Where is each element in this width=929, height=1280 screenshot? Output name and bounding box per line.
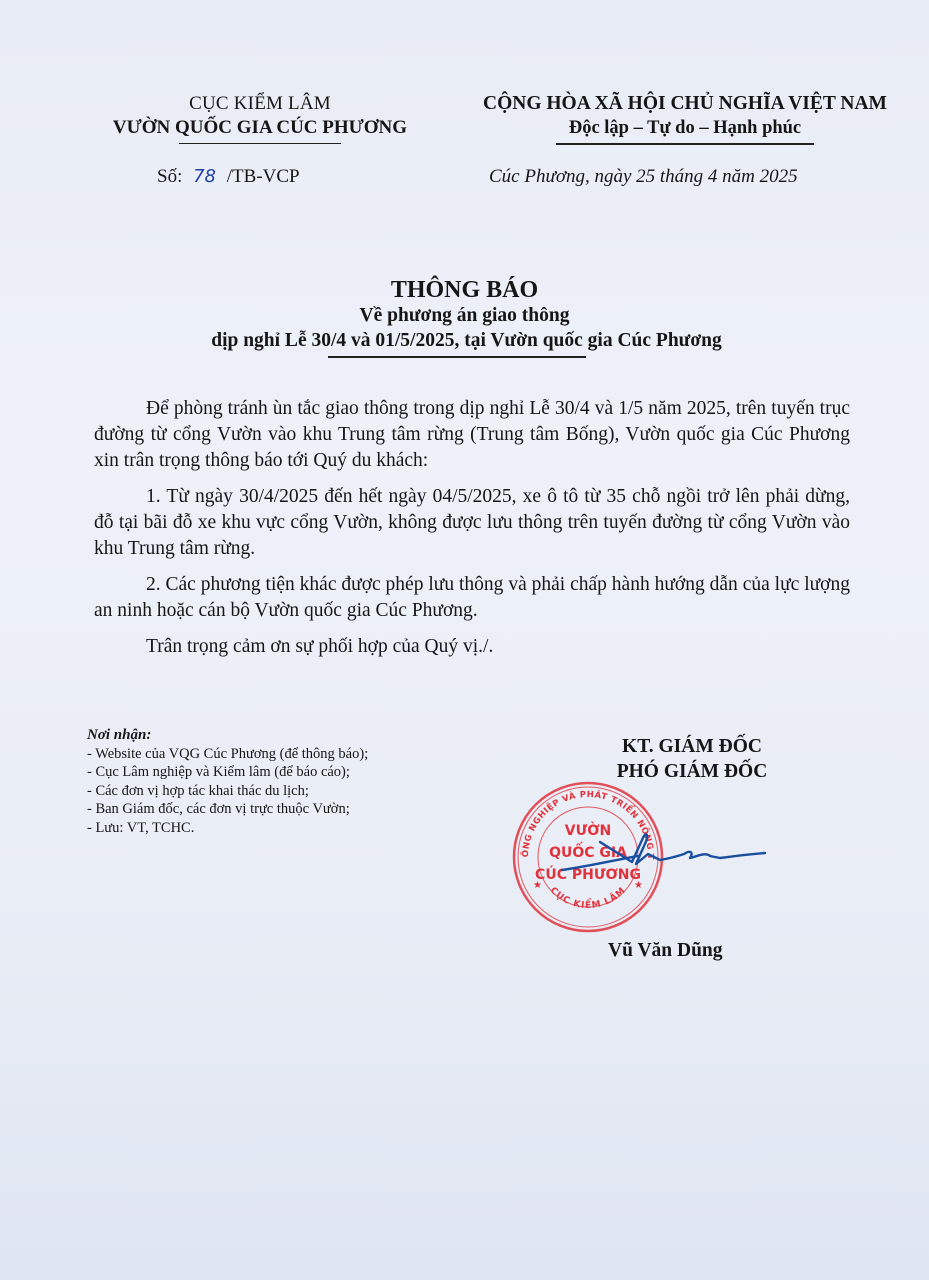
body-paragraph-closing: Trân trọng cảm ơn sự phối hợp của Quý vị…: [94, 634, 850, 660]
recipient-item: - Cục Lâm nghiệp và Kiểm lâm (để báo cáo…: [87, 763, 368, 782]
doc-number-label: Số:: [157, 166, 182, 187]
notice-subject-line2: dịp nghỉ Lễ 30/4 và 01/5/2025, tại Vườn …: [0, 328, 929, 354]
notice-title-block: THÔNG BÁO Về phương án giao thông dịp ng…: [0, 276, 929, 358]
signature-block: KT. GIÁM ĐỐC PHÓ GIÁM ĐỐC: [540, 734, 810, 784]
body-paragraph-item-2: 2. Các phương tiện khác được phép lưu th…: [94, 572, 850, 624]
doc-number-suffix: /TB-VCP: [227, 166, 300, 187]
handwritten-signature: [560, 820, 770, 890]
recipient-item: - Website của VQG Cúc Phương (để thông b…: [87, 745, 368, 764]
signer-name: Vũ Văn Dũng: [608, 940, 723, 962]
document-page: CỤC KIỂM LÂM VƯỜN QUỐC GIA CÚC PHƯƠNG Số…: [0, 0, 929, 1280]
issuing-agency-block: CỤC KIỂM LÂM VƯỜN QUỐC GIA CÚC PHƯƠNG: [60, 92, 460, 144]
recipient-item: - Các đơn vị hợp tác khai thác du lịch;: [87, 782, 368, 801]
notice-subject-line1: Về phương án giao thông: [0, 304, 929, 328]
recipient-item: - Ban Giám đốc, các đơn vị trực thuộc Vư…: [87, 800, 368, 819]
body-paragraph-item-1: 1. Từ ngày 30/4/2025 đến hết ngày 04/5/2…: [94, 484, 850, 562]
body-paragraph-intro: Để phòng tránh ùn tắc giao thông trong d…: [94, 396, 850, 474]
national-motto: Độc lập – Tự do – Hạnh phúc: [420, 116, 929, 140]
agency-parent: CỤC KIỂM LÂM: [60, 92, 460, 116]
recipients-list: Nơi nhận: - Website của VQG Cúc Phương (…: [87, 726, 368, 837]
national-header-block: CỘNG HÒA XÃ HỘI CHỦ NGHĨA VIỆT NAM Độc l…: [420, 92, 929, 145]
document-number: Số: 78 /TB-VCP: [157, 166, 300, 188]
notice-body: Để phòng tránh ùn tắc giao thông trong d…: [94, 396, 850, 670]
country-name: CỘNG HÒA XÃ HỘI CHỦ NGHĨA VIỆT NAM: [420, 92, 929, 116]
recipients-heading: Nơi nhận:: [87, 726, 368, 745]
agency-underline: [179, 143, 341, 144]
doc-number-handwritten: 78: [193, 166, 216, 187]
motto-underline: [556, 143, 814, 145]
title-underline: [328, 356, 586, 358]
recipient-item: - Lưu: VT, TCHC.: [87, 819, 368, 838]
agency-name: VƯỜN QUỐC GIA CÚC PHƯƠNG: [60, 116, 460, 140]
notice-title: THÔNG BÁO: [0, 276, 929, 304]
signer-authority: KT. GIÁM ĐỐC: [540, 734, 810, 759]
place-date: Cúc Phương, ngày 25 tháng 4 năm 2025: [489, 166, 798, 188]
